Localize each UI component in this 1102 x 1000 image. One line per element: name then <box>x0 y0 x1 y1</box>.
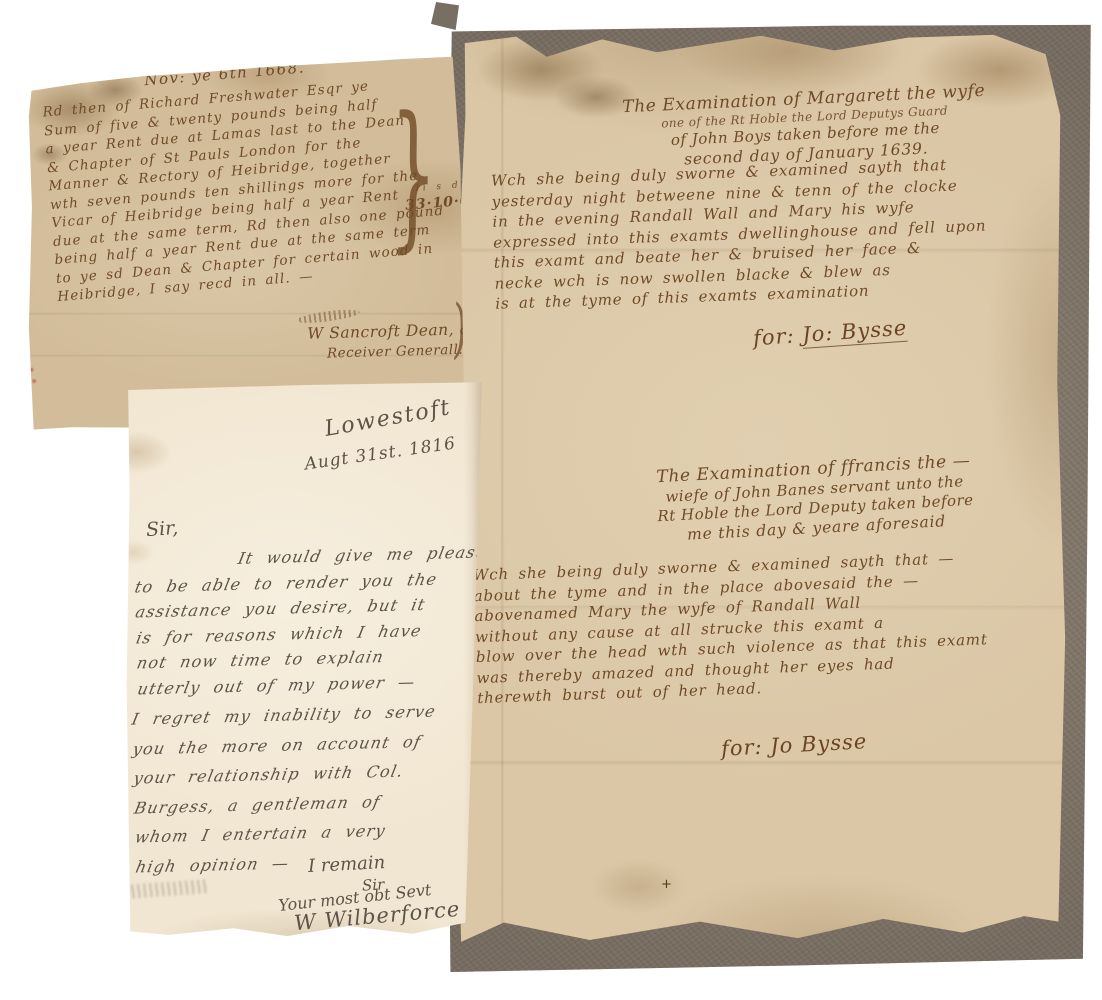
examination1-deposition: Wch she being duly sworne & examined say… <box>491 151 1056 314</box>
bysse-signature-1: for: Jo: Bysse <box>752 316 908 351</box>
examinations-1639-document: The Examination of Margarett the wyfe on… <box>455 33 1067 951</box>
signature-name: Jo Bysse <box>770 729 868 758</box>
signature-name: Jo: Bysse <box>801 316 908 349</box>
examination2-deposition: Wch she being duly sworne & examined say… <box>473 545 1058 709</box>
board-corner-fragment <box>431 2 459 30</box>
examination2-heading: The Examination of ffrancis the — wiefe … <box>573 446 1056 550</box>
receipt-text-area: Nov: ye 6th 1668. Rd then of Richard Fre… <box>36 46 487 429</box>
wilberforce-letter-1816: Lowestoft Augt 31st. 1816 Sir, It would … <box>126 380 484 936</box>
photograph-of-three-manuscripts: The Examination of Margarett the wyfe on… <box>0 0 1102 1000</box>
sancroft-signature-line1: W Sancroft Dean, & <box>307 320 474 343</box>
receipt-1668-document: Nov: ye 6th 1668. Rd then of Richard Fre… <box>28 56 464 434</box>
ink-showthrough <box>128 879 207 898</box>
letter-body-upper: It would give me pleasure to be able to … <box>134 540 482 702</box>
letter-closing-i-remain: I remain <box>308 852 386 877</box>
letter-body-lower: I regret my inability to serve you the m… <box>132 695 485 881</box>
letter-salutation: Sir, <box>145 517 179 541</box>
signature-prefix: for: <box>752 324 795 351</box>
bysse-signature-2: for: Jo Bysse <box>720 729 867 761</box>
signature-prefix: for: <box>720 735 763 761</box>
letter-place: Lowestoft <box>323 395 453 442</box>
ink-cross-mark: + <box>661 877 672 892</box>
